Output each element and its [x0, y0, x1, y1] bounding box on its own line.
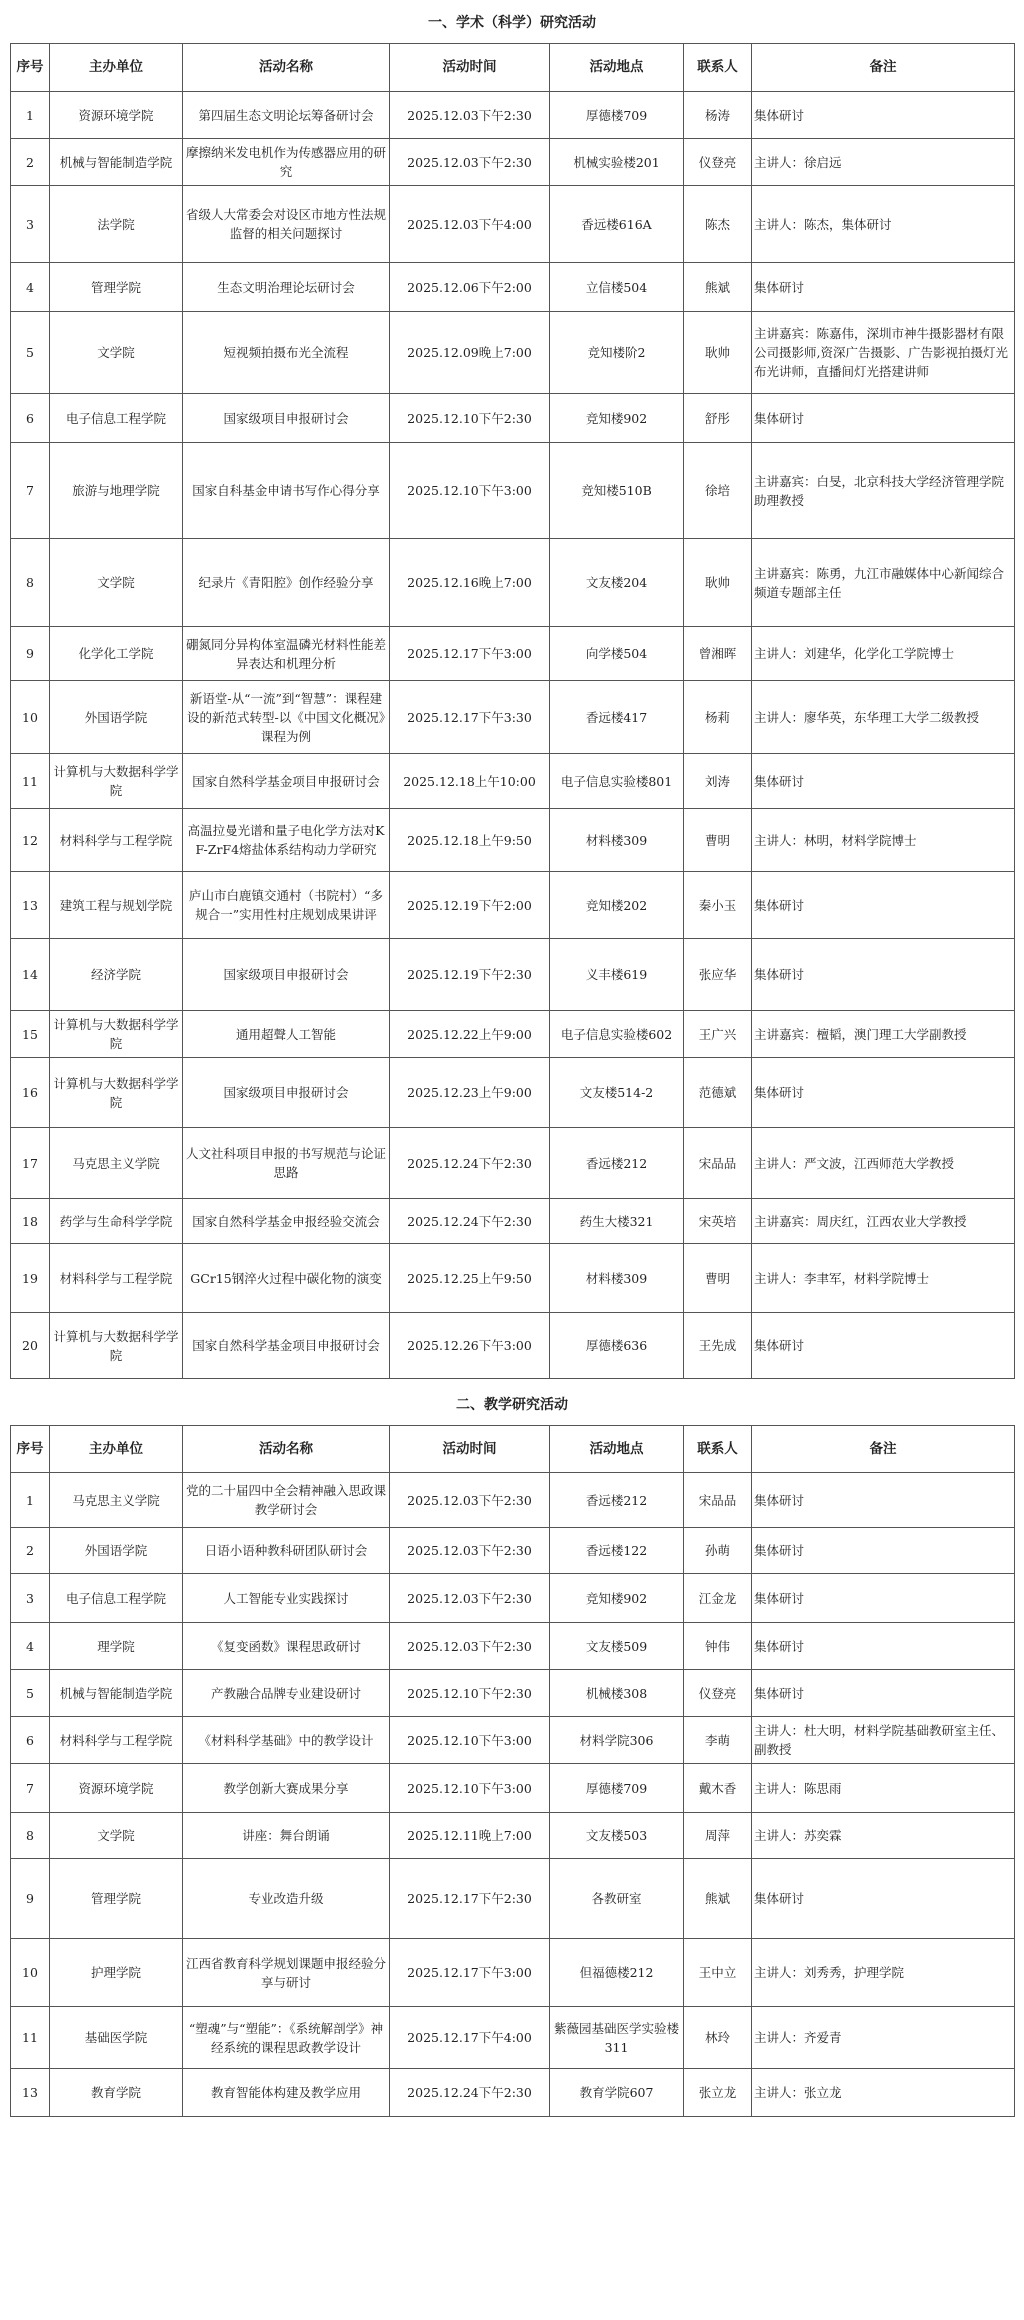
activity-time-cell: 2025.12.10下午3:00: [390, 1717, 550, 1764]
host-unit-cell: 护理学院: [50, 1939, 183, 2007]
contact-person-cell: 仪登亮: [684, 1670, 752, 1717]
contact-person-cell: 仪登亮: [684, 139, 752, 186]
activity-time-cell: 2025.12.03下午2:30: [390, 1473, 550, 1528]
activity-place-cell: 材料楼309: [550, 1244, 684, 1313]
row-number-cell: 5: [11, 312, 50, 394]
activity-name-cell: 人工智能专业实践探讨: [183, 1574, 390, 1623]
activity-place-cell: 向学楼504: [550, 627, 684, 681]
activity-name-cell: 硼氮同分异构体室温磷光材料性能差异表达和机理分析: [183, 627, 390, 681]
host-unit-cell: 旅游与地理学院: [50, 443, 183, 539]
table-row: 11基础医学院“塑魂”与“塑能”：《系统解剖学》神经系统的课程思政教学设计202…: [11, 2007, 1015, 2069]
remarks-cell: 主讲人：张立龙: [752, 2069, 1015, 2117]
activity-name-cell: 生态文明治理论坛研讨会: [183, 263, 390, 312]
table-header-row: 序号 主办单位 活动名称 活动时间 活动地点 联系人 备注: [11, 1426, 1015, 1473]
remarks-cell: 集体研讨: [752, 1670, 1015, 1717]
contact-person-cell: 舒彤: [684, 394, 752, 443]
contact-person-cell: 王中立: [684, 1939, 752, 2007]
contact-person-cell: 刘涛: [684, 754, 752, 809]
host-unit-cell: 管理学院: [50, 1859, 183, 1939]
activity-time-cell: 2025.12.16晚上7:00: [390, 539, 550, 627]
host-unit-cell: 计算机与大数据科学学院: [50, 754, 183, 809]
activity-time-cell: 2025.12.03下午2:30: [390, 92, 550, 139]
activity-name-cell: 讲座：舞台朗诵: [183, 1813, 390, 1859]
host-unit-cell: 经济学院: [50, 939, 183, 1011]
section2-title: 二、教学研究活动: [0, 1394, 1024, 1414]
host-unit-cell: 药学与生命科学学院: [50, 1199, 183, 1244]
row-number-cell: 1: [11, 1473, 50, 1528]
contact-person-cell: 王先成: [684, 1313, 752, 1379]
contact-person-cell: 王广兴: [684, 1011, 752, 1058]
host-unit-cell: 机械与智能制造学院: [50, 1670, 183, 1717]
row-number-cell: 18: [11, 1199, 50, 1244]
host-unit-cell: 化学化工学院: [50, 627, 183, 681]
activity-name-cell: 新语堂-从“一流”到“智慧”：课程建设的新范式转型-以《中国文化概况》课程为例: [183, 681, 390, 754]
header-time: 活动时间: [390, 1426, 550, 1473]
host-unit-cell: 理学院: [50, 1623, 183, 1670]
remarks-cell: 主讲人：刘秀秀，护理学院: [752, 1939, 1015, 2007]
table-row: 8文学院讲座：舞台朗诵2025.12.11晚上7:00文友楼503周萍主讲人：苏…: [11, 1813, 1015, 1859]
activity-name-cell: 党的二十届四中全会精神融入思政课教学研讨会: [183, 1473, 390, 1528]
contact-person-cell: 耿帅: [684, 312, 752, 394]
row-number-cell: 11: [11, 754, 50, 809]
contact-person-cell: 熊斌: [684, 1859, 752, 1939]
row-number-cell: 15: [11, 1011, 50, 1058]
activity-place-cell: 立信楼504: [550, 263, 684, 312]
contact-person-cell: 杨莉: [684, 681, 752, 754]
activity-time-cell: 2025.12.11晚上7:00: [390, 1813, 550, 1859]
contact-person-cell: 钟伟: [684, 1623, 752, 1670]
contact-person-cell: 林玲: [684, 2007, 752, 2069]
activity-place-cell: 各教研室: [550, 1859, 684, 1939]
host-unit-cell: 教育学院: [50, 2069, 183, 2117]
host-unit-cell: 马克思主义学院: [50, 1128, 183, 1199]
activity-time-cell: 2025.12.23上午9:00: [390, 1058, 550, 1128]
remarks-cell: 主讲人：齐爱青: [752, 2007, 1015, 2069]
activity-place-cell: 文友楼503: [550, 1813, 684, 1859]
host-unit-cell: 计算机与大数据科学学院: [50, 1058, 183, 1128]
row-number-cell: 11: [11, 2007, 50, 2069]
remarks-cell: 主讲人：严文波，江西师范大学教授: [752, 1128, 1015, 1199]
row-number-cell: 3: [11, 1574, 50, 1623]
header-note: 备注: [752, 44, 1015, 92]
academic-research-table: 序号 主办单位 活动名称 活动时间 活动地点 联系人 备注 1资源环境学院第四届…: [10, 43, 1015, 1379]
remarks-cell: 集体研讨: [752, 1574, 1015, 1623]
activity-place-cell: 厚德楼709: [550, 1764, 684, 1813]
host-unit-cell: 计算机与大数据科学学院: [50, 1313, 183, 1379]
table-row: 5机械与智能制造学院产教融合品牌专业建设研讨2025.12.10下午2:30机械…: [11, 1670, 1015, 1717]
table-row: 18药学与生命科学学院国家自然科学基金申报经验交流会2025.12.24下午2:…: [11, 1199, 1015, 1244]
table-row: 1资源环境学院第四届生态文明论坛筹备研讨会2025.12.03下午2:30厚德楼…: [11, 92, 1015, 139]
host-unit-cell: 材料科学与工程学院: [50, 1244, 183, 1313]
activity-place-cell: 材料楼309: [550, 809, 684, 872]
activity-time-cell: 2025.12.25上午9:50: [390, 1244, 550, 1313]
table-row: 8文学院纪录片《青阳腔》创作经验分享2025.12.16晚上7:00文友楼204…: [11, 539, 1015, 627]
section1-title: 一、学术（科学）研究活动: [0, 12, 1024, 32]
activity-place-cell: 竞知楼202: [550, 872, 684, 939]
contact-person-cell: 杨涛: [684, 92, 752, 139]
activity-name-cell: 《材料科学基础》中的教学设计: [183, 1717, 390, 1764]
row-number-cell: 6: [11, 394, 50, 443]
contact-person-cell: 曾湘晖: [684, 627, 752, 681]
remarks-cell: 主讲嘉宾：檀韬，澳门理工大学副教授: [752, 1011, 1015, 1058]
contact-person-cell: 耿帅: [684, 539, 752, 627]
activity-place-cell: 义丰楼619: [550, 939, 684, 1011]
activity-time-cell: 2025.12.18上午9:50: [390, 809, 550, 872]
row-number-cell: 16: [11, 1058, 50, 1128]
remarks-cell: 集体研讨: [752, 872, 1015, 939]
host-unit-cell: 资源环境学院: [50, 1764, 183, 1813]
activity-time-cell: 2025.12.03下午2:30: [390, 1623, 550, 1670]
table-row: 2机械与智能制造学院摩擦纳米发电机作为传感器应用的研究2025.12.03下午2…: [11, 139, 1015, 186]
activity-name-cell: 摩擦纳米发电机作为传感器应用的研究: [183, 139, 390, 186]
contact-person-cell: 江金龙: [684, 1574, 752, 1623]
activity-time-cell: 2025.12.17下午4:00: [390, 2007, 550, 2069]
table-row: 11计算机与大数据科学学院国家自然科学基金项目申报研讨会2025.12.18上午…: [11, 754, 1015, 809]
host-unit-cell: 外国语学院: [50, 1528, 183, 1574]
remarks-cell: 集体研讨: [752, 394, 1015, 443]
host-unit-cell: 文学院: [50, 312, 183, 394]
contact-person-cell: 范德斌: [684, 1058, 752, 1128]
host-unit-cell: 法学院: [50, 186, 183, 263]
host-unit-cell: 文学院: [50, 539, 183, 627]
activity-time-cell: 2025.12.17下午2:30: [390, 1859, 550, 1939]
table-row: 9化学化工学院硼氮同分异构体室温磷光材料性能差异表达和机理分析2025.12.1…: [11, 627, 1015, 681]
host-unit-cell: 基础医学院: [50, 2007, 183, 2069]
table-row: 4管理学院生态文明治理论坛研讨会2025.12.06下午2:00立信楼504熊斌…: [11, 263, 1015, 312]
table-header-row: 序号 主办单位 活动名称 活动时间 活动地点 联系人 备注: [11, 44, 1015, 92]
table-row: 13教育学院教育智能体构建及教学应用2025.12.24下午2:30教育学院60…: [11, 2069, 1015, 2117]
activity-name-cell: 教育智能体构建及教学应用: [183, 2069, 390, 2117]
table-row: 9管理学院专业改造升级2025.12.17下午2:30各教研室熊斌集体研讨: [11, 1859, 1015, 1939]
table-row: 6电子信息工程学院国家级项目申报研讨会2025.12.10下午2:30竞知楼90…: [11, 394, 1015, 443]
activity-name-cell: 国家自然科学基金申报经验交流会: [183, 1199, 390, 1244]
contact-person-cell: 秦小玉: [684, 872, 752, 939]
host-unit-cell: 材料科学与工程学院: [50, 1717, 183, 1764]
remarks-cell: 主讲人：陈杰，集体研讨: [752, 186, 1015, 263]
activity-time-cell: 2025.12.26下午3:00: [390, 1313, 550, 1379]
host-unit-cell: 电子信息工程学院: [50, 1574, 183, 1623]
remarks-cell: 主讲人：苏奕霖: [752, 1813, 1015, 1859]
row-number-cell: 5: [11, 1670, 50, 1717]
row-number-cell: 17: [11, 1128, 50, 1199]
row-number-cell: 12: [11, 809, 50, 872]
table-row: 3法学院省级人大常委会对设区市地方性法规监督的相关问题探讨2025.12.03下…: [11, 186, 1015, 263]
activity-place-cell: 教育学院607: [550, 2069, 684, 2117]
activity-name-cell: 高温拉曼光谱和量子电化学方法对KF-ZrF4熔盐体系结构动力学研究: [183, 809, 390, 872]
header-place: 活动地点: [550, 1426, 684, 1473]
activity-place-cell: 紫薇园基础医学实验楼311: [550, 2007, 684, 2069]
contact-person-cell: 张应华: [684, 939, 752, 1011]
row-number-cell: 14: [11, 939, 50, 1011]
contact-person-cell: 李萌: [684, 1717, 752, 1764]
activity-name-cell: 江西省教育科学规划课题申报经验分享与研讨: [183, 1939, 390, 2007]
header-unit: 主办单位: [50, 44, 183, 92]
row-number-cell: 9: [11, 627, 50, 681]
contact-person-cell: 徐培: [684, 443, 752, 539]
row-number-cell: 10: [11, 681, 50, 754]
activity-time-cell: 2025.12.17下午3:00: [390, 1939, 550, 2007]
row-number-cell: 6: [11, 1717, 50, 1764]
activity-time-cell: 2025.12.22上午9:00: [390, 1011, 550, 1058]
remarks-cell: 集体研讨: [752, 1313, 1015, 1379]
activity-name-cell: 省级人大常委会对设区市地方性法规监督的相关问题探讨: [183, 186, 390, 263]
activity-place-cell: 机械楼308: [550, 1670, 684, 1717]
activity-time-cell: 2025.12.24下午2:30: [390, 2069, 550, 2117]
row-number-cell: 7: [11, 1764, 50, 1813]
activity-place-cell: 香远楼212: [550, 1473, 684, 1528]
row-number-cell: 4: [11, 263, 50, 312]
table-row: 10外国语学院新语堂-从“一流”到“智慧”：课程建设的新范式转型-以《中国文化概…: [11, 681, 1015, 754]
row-number-cell: 4: [11, 1623, 50, 1670]
activity-place-cell: 药生大楼321: [550, 1199, 684, 1244]
remarks-cell: 集体研讨: [752, 263, 1015, 312]
table-row: 2外国语学院日语小语种教科研团队研讨会2025.12.03下午2:30香远楼12…: [11, 1528, 1015, 1574]
row-number-cell: 9: [11, 1859, 50, 1939]
remarks-cell: 主讲人：廖华英，东华理工大学二级教授: [752, 681, 1015, 754]
activity-place-cell: 竞知楼902: [550, 394, 684, 443]
contact-person-cell: 宋英培: [684, 1199, 752, 1244]
contact-person-cell: 宋品品: [684, 1473, 752, 1528]
activity-time-cell: 2025.12.06下午2:00: [390, 263, 550, 312]
remarks-cell: 主讲人：林明，材料学院博士: [752, 809, 1015, 872]
activity-name-cell: 国家级项目申报研讨会: [183, 939, 390, 1011]
table-row: 4理学院《复变函数》课程思政研讨2025.12.03下午2:30文友楼509钟伟…: [11, 1623, 1015, 1670]
activity-name-cell: 《复变函数》课程思政研讨: [183, 1623, 390, 1670]
host-unit-cell: 马克思主义学院: [50, 1473, 183, 1528]
remarks-cell: 集体研讨: [752, 92, 1015, 139]
activity-time-cell: 2025.12.17下午3:30: [390, 681, 550, 754]
table-row: 6材料科学与工程学院《材料科学基础》中的教学设计2025.12.10下午3:00…: [11, 1717, 1015, 1764]
activity-time-cell: 2025.12.09晚上7:00: [390, 312, 550, 394]
activity-name-cell: 庐山市白鹿镇交通村（书院村）“多规合一”实用性村庄规划成果讲评: [183, 872, 390, 939]
remarks-cell: 集体研讨: [752, 1623, 1015, 1670]
contact-person-cell: 曹明: [684, 809, 752, 872]
host-unit-cell: 建筑工程与规划学院: [50, 872, 183, 939]
activity-place-cell: 竞知楼510B: [550, 443, 684, 539]
remarks-cell: 主讲人：陈思雨: [752, 1764, 1015, 1813]
activity-place-cell: 厚德楼636: [550, 1313, 684, 1379]
activity-name-cell: 人文社科项目申报的书写规范与论证思路: [183, 1128, 390, 1199]
table-row: 3电子信息工程学院人工智能专业实践探讨2025.12.03下午2:30竞知楼90…: [11, 1574, 1015, 1623]
activity-time-cell: 2025.12.03下午2:30: [390, 139, 550, 186]
table-row: 5文学院短视频拍摄布光全流程2025.12.09晚上7:00竞知楼阶2耿帅主讲嘉…: [11, 312, 1015, 394]
row-number-cell: 8: [11, 539, 50, 627]
table-row: 1马克思主义学院党的二十届四中全会精神融入思政课教学研讨会2025.12.03下…: [11, 1473, 1015, 1528]
table-row: 16计算机与大数据科学学院国家级项目申报研讨会2025.12.23上午9:00文…: [11, 1058, 1015, 1128]
remarks-cell: 集体研讨: [752, 939, 1015, 1011]
header-no: 序号: [11, 1426, 50, 1473]
row-number-cell: 8: [11, 1813, 50, 1859]
row-number-cell: 10: [11, 1939, 50, 2007]
remarks-cell: 主讲嘉宾：陈嘉伟，深圳市神牛摄影器材有限公司摄影师,资深广告摄影、广告影视拍摄灯…: [752, 312, 1015, 394]
activity-time-cell: 2025.12.18上午10:00: [390, 754, 550, 809]
row-number-cell: 1: [11, 92, 50, 139]
host-unit-cell: 电子信息工程学院: [50, 394, 183, 443]
remarks-cell: 主讲人：刘建华，化学化工学院博士: [752, 627, 1015, 681]
contact-person-cell: 张立龙: [684, 2069, 752, 2117]
activity-place-cell: 香远楼212: [550, 1128, 684, 1199]
activity-name-cell: 国家级项目申报研讨会: [183, 1058, 390, 1128]
row-number-cell: 2: [11, 1528, 50, 1574]
host-unit-cell: 机械与智能制造学院: [50, 139, 183, 186]
activity-time-cell: 2025.12.10下午2:30: [390, 394, 550, 443]
host-unit-cell: 资源环境学院: [50, 92, 183, 139]
table-row: 20计算机与大数据科学学院国家自然科学基金项目申报研讨会2025.12.26下午…: [11, 1313, 1015, 1379]
activity-place-cell: 电子信息实验楼801: [550, 754, 684, 809]
activity-name-cell: 国家自然科学基金项目申报研讨会: [183, 754, 390, 809]
header-time: 活动时间: [390, 44, 550, 92]
table-row: 15计算机与大数据科学学院通用超聲人工智能2025.12.22上午9:00电子信…: [11, 1011, 1015, 1058]
activity-name-cell: 纪录片《青阳腔》创作经验分享: [183, 539, 390, 627]
remarks-cell: 主讲嘉宾：陈勇，九江市融媒体中心新闻综合频道专题部主任: [752, 539, 1015, 627]
header-contact: 联系人: [684, 1426, 752, 1473]
activity-place-cell: 竞知楼902: [550, 1574, 684, 1623]
activity-name-cell: 专业改造升级: [183, 1859, 390, 1939]
row-number-cell: 2: [11, 139, 50, 186]
table-row: 13建筑工程与规划学院庐山市白鹿镇交通村（书院村）“多规合一”实用性村庄规划成果…: [11, 872, 1015, 939]
host-unit-cell: 外国语学院: [50, 681, 183, 754]
activity-place-cell: 机械实验楼201: [550, 139, 684, 186]
activity-time-cell: 2025.12.10下午3:00: [390, 443, 550, 539]
table-row: 19材料科学与工程学院GCr15钢淬火过程中碳化物的演变2025.12.25上午…: [11, 1244, 1015, 1313]
table-row: 14经济学院国家级项目申报研讨会2025.12.19下午2:30义丰楼619张应…: [11, 939, 1015, 1011]
activity-time-cell: 2025.12.03下午4:00: [390, 186, 550, 263]
contact-person-cell: 曹明: [684, 1244, 752, 1313]
activity-place-cell: 文友楼509: [550, 1623, 684, 1670]
activity-name-cell: 国家级项目申报研讨会: [183, 394, 390, 443]
host-unit-cell: 管理学院: [50, 263, 183, 312]
remarks-cell: 集体研讨: [752, 1528, 1015, 1574]
header-note: 备注: [752, 1426, 1015, 1473]
remarks-cell: 集体研讨: [752, 1473, 1015, 1528]
activity-time-cell: 2025.12.24下午2:30: [390, 1199, 550, 1244]
contact-person-cell: 熊斌: [684, 263, 752, 312]
table-row: 7资源环境学院教学创新大赛成果分享2025.12.10下午3:00厚德楼709戴…: [11, 1764, 1015, 1813]
activity-name-cell: 短视频拍摄布光全流程: [183, 312, 390, 394]
row-number-cell: 20: [11, 1313, 50, 1379]
row-number-cell: 7: [11, 443, 50, 539]
contact-person-cell: 戴木香: [684, 1764, 752, 1813]
remarks-cell: 主讲人：杜大明，材料学院基础教研室主任、副教授: [752, 1717, 1015, 1764]
remarks-cell: 集体研讨: [752, 754, 1015, 809]
activity-time-cell: 2025.12.10下午3:00: [390, 1764, 550, 1813]
remarks-cell: 集体研讨: [752, 1058, 1015, 1128]
activity-place-cell: 文友楼204: [550, 539, 684, 627]
header-no: 序号: [11, 44, 50, 92]
activity-name-cell: 日语小语种教科研团队研讨会: [183, 1528, 390, 1574]
activity-place-cell: 厚德楼709: [550, 92, 684, 139]
activity-name-cell: “塑魂”与“塑能”：《系统解剖学》神经系统的课程思政教学设计: [183, 2007, 390, 2069]
table-row: 17马克思主义学院人文社科项目申报的书写规范与论证思路2025.12.24下午2…: [11, 1128, 1015, 1199]
row-number-cell: 13: [11, 872, 50, 939]
activity-time-cell: 2025.12.03下午2:30: [390, 1528, 550, 1574]
activity-place-cell: 竞知楼阶2: [550, 312, 684, 394]
row-number-cell: 19: [11, 1244, 50, 1313]
header-name: 活动名称: [183, 44, 390, 92]
activity-name-cell: GCr15钢淬火过程中碳化物的演变: [183, 1244, 390, 1313]
contact-person-cell: 孙萌: [684, 1528, 752, 1574]
remarks-cell: 主讲嘉宾：白旻，北京科技大学经济管理学院助理教授: [752, 443, 1015, 539]
row-number-cell: 13: [11, 2069, 50, 2117]
header-unit: 主办单位: [50, 1426, 183, 1473]
table-row: 10护理学院江西省教育科学规划课题申报经验分享与研讨2025.12.17下午3:…: [11, 1939, 1015, 2007]
activity-time-cell: 2025.12.24下午2:30: [390, 1128, 550, 1199]
activity-place-cell: 但福德楼212: [550, 1939, 684, 2007]
activity-time-cell: 2025.12.10下午2:30: [390, 1670, 550, 1717]
activity-place-cell: 文友楼514-2: [550, 1058, 684, 1128]
activity-name-cell: 教学创新大赛成果分享: [183, 1764, 390, 1813]
header-name: 活动名称: [183, 1426, 390, 1473]
host-unit-cell: 文学院: [50, 1813, 183, 1859]
header-place: 活动地点: [550, 44, 684, 92]
header-contact: 联系人: [684, 44, 752, 92]
row-number-cell: 3: [11, 186, 50, 263]
activity-time-cell: 2025.12.19下午2:00: [390, 872, 550, 939]
remarks-cell: 主讲人：李聿军，材料学院博士: [752, 1244, 1015, 1313]
activity-time-cell: 2025.12.19下午2:30: [390, 939, 550, 1011]
activity-place-cell: 香远楼122: [550, 1528, 684, 1574]
activity-name-cell: 第四届生态文明论坛筹备研讨会: [183, 92, 390, 139]
contact-person-cell: 陈杰: [684, 186, 752, 263]
activity-place-cell: 电子信息实验楼602: [550, 1011, 684, 1058]
contact-person-cell: 周萍: [684, 1813, 752, 1859]
activity-name-cell: 国家自科基金申请书写作心得分享: [183, 443, 390, 539]
table-row: 12材料科学与工程学院高温拉曼光谱和量子电化学方法对KF-ZrF4熔盐体系结构动…: [11, 809, 1015, 872]
activity-time-cell: 2025.12.03下午2:30: [390, 1574, 550, 1623]
activity-name-cell: 产教融合品牌专业建设研讨: [183, 1670, 390, 1717]
activity-name-cell: 国家自然科学基金项目申报研讨会: [183, 1313, 390, 1379]
activity-place-cell: 香远楼616A: [550, 186, 684, 263]
teaching-research-table: 序号 主办单位 活动名称 活动时间 活动地点 联系人 备注 1马克思主义学院党的…: [10, 1425, 1015, 2117]
host-unit-cell: 材料科学与工程学院: [50, 809, 183, 872]
activity-place-cell: 香远楼417: [550, 681, 684, 754]
remarks-cell: 主讲嘉宾：周庆红，江西农业大学教授: [752, 1199, 1015, 1244]
host-unit-cell: 计算机与大数据科学学院: [50, 1011, 183, 1058]
remarks-cell: 集体研讨: [752, 1859, 1015, 1939]
activity-name-cell: 通用超聲人工智能: [183, 1011, 390, 1058]
activity-time-cell: 2025.12.17下午3:00: [390, 627, 550, 681]
table-row: 7旅游与地理学院国家自科基金申请书写作心得分享2025.12.10下午3:00竞…: [11, 443, 1015, 539]
contact-person-cell: 宋品品: [684, 1128, 752, 1199]
remarks-cell: 主讲人：徐启远: [752, 139, 1015, 186]
activity-place-cell: 材料学院306: [550, 1717, 684, 1764]
